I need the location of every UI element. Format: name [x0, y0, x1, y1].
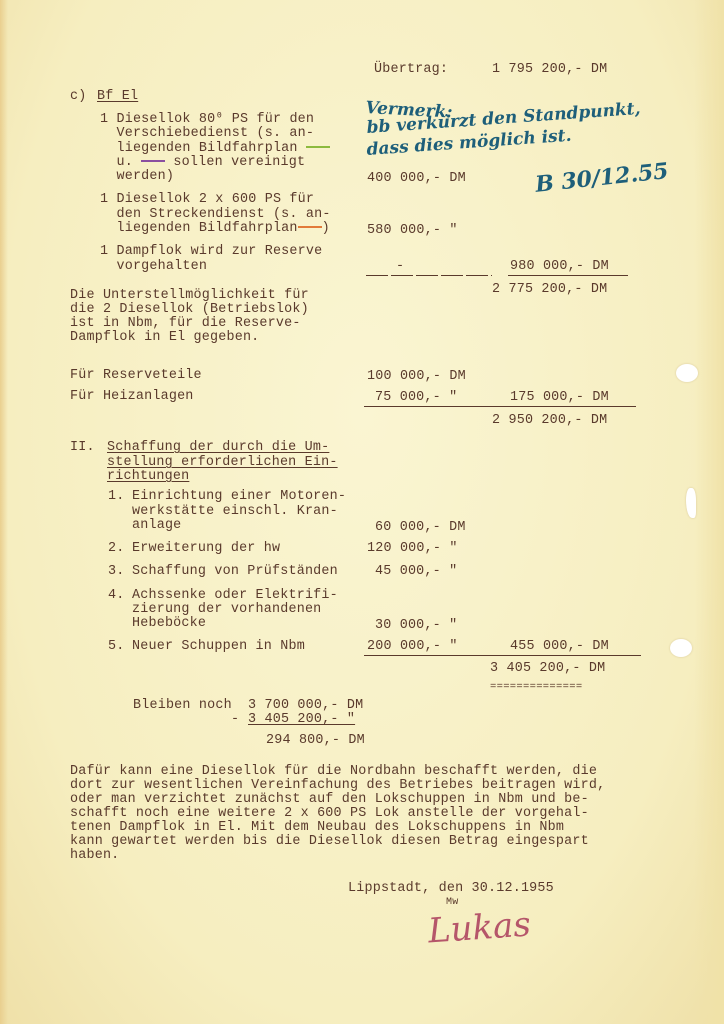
extras-row-1-amount: 100 000,- DM — [367, 370, 466, 384]
orange-line-marker — [298, 226, 322, 228]
item-ii5-amount: 200 000,- " — [367, 640, 458, 654]
item-ii2-amount: 120 000,- " — [367, 542, 458, 556]
section-ii-title-line-3: richtungen — [107, 470, 189, 484]
item-c3-line-2: vorgehalten — [100, 260, 207, 274]
item-c1-line-3: liegenden Bildfahrplan — [100, 142, 330, 156]
item-ii4-line-3: Hebeböcke — [132, 617, 206, 631]
item-c1-amount: 400 000,- DM — [367, 172, 466, 186]
item-ii3-line-1: Schaffung von Prüfständen — [132, 565, 338, 579]
remaining-label: Bleiben noch — [133, 699, 232, 713]
closing-line-7: haben. — [70, 849, 119, 863]
punch-hole-bottom — [670, 639, 692, 657]
item-ii5-num: 5. — [108, 640, 124, 654]
item-ii3-num: 3. — [108, 565, 124, 579]
handwritten-initials-date: B 30/12.55 — [534, 158, 670, 198]
place-date: Lippstadt, den 30.12.1955 — [348, 882, 554, 896]
section-ii-title-line-1: Schaffung der durch die Um- — [107, 441, 329, 455]
item-ii1-line-2: werkstätte einschl. Kran- — [132, 505, 338, 519]
closing-line-6: kann gewartet werden bis die Diesellok d… — [70, 835, 589, 849]
initials: Mw — [446, 896, 458, 910]
closing-line-1: Dafür kann eine Diesellok für die Nordba… — [70, 765, 597, 779]
extras-row-2-amount: 75 000,- " — [375, 391, 457, 405]
item-c3-amount: - — [396, 260, 404, 274]
item-c3-line-1: 1 Dampflok wird zur Reserve — [100, 245, 322, 259]
section-ii-rule — [364, 655, 641, 656]
section-c-station: Bf El — [97, 90, 138, 104]
remaining-minus-sign: - — [231, 713, 239, 727]
item-c2-amount: 580 000,- " — [367, 224, 458, 238]
shelter-note-line-1: Die Unterstellmöglichkeit für — [70, 289, 309, 303]
shelter-note-line-4: Dampflok in El gegeben. — [70, 331, 259, 345]
closing-line-3: oder man verzichtet zunächst auf den Lok… — [70, 793, 589, 807]
closing-line-5: tenen Dampflok in El. Mit dem Neubau des… — [70, 821, 564, 835]
punch-hole-top — [676, 364, 698, 382]
section-ii-numeral: II. — [70, 441, 95, 455]
item-ii2-num: 2. — [108, 542, 124, 556]
carryover-amount: 1 795 200,- DM — [492, 63, 607, 77]
item-ii1-line-1: Einrichtung einer Motoren- — [132, 490, 346, 504]
item-ii1-amount: 60 000,- DM — [375, 521, 466, 535]
item-c1-line-5: werden) — [100, 170, 174, 184]
closing-line-4: schafft noch eine weitere 2 x 600 PS Lok… — [70, 807, 589, 821]
item-ii4-num: 4. — [108, 589, 124, 603]
extras-row-1-label: Für Reserveteile — [70, 369, 202, 383]
item-ii4-line-2: zierung der vorhandenen — [132, 603, 321, 617]
item-ii4-amount: 30 000,- " — [375, 619, 457, 633]
section-c-running-total: 2 775 200,- DM — [492, 283, 607, 297]
shelter-note-line-3: ist in Nbm, für die Reserve- — [70, 317, 301, 331]
green-line-marker — [306, 146, 330, 148]
item-c2-line-2: den Streckendienst (s. an- — [100, 208, 331, 222]
item-c2-line-1: 1 Diesellok 2 x 600 PS für — [100, 193, 314, 207]
item-ii2-line-1: Erweiterung der hw — [132, 542, 280, 556]
grand-total-double-rule: ============== — [490, 680, 582, 694]
item-ii5-line-1: Neuer Schuppen in Nbm — [132, 640, 305, 654]
section-c-subtotal: 980 000,- DM — [510, 260, 609, 274]
extras-subtotal: 175 000,- DM — [510, 391, 609, 405]
item-ii3-amount: 45 000,- " — [375, 565, 457, 579]
item-ii1-line-3: anlage — [132, 519, 181, 533]
remaining-minus-amount: 3 405 200,- " — [248, 713, 355, 727]
item-c1-line-1: 1 Diesellok 80⁰ PS für den — [100, 113, 314, 127]
shelter-note-line-2: die 2 Diesellok (Betriebslok) — [70, 303, 309, 317]
item-c1-line-2: Verschiebedienst (s. an- — [100, 127, 314, 141]
section-c-subtotal-rule — [508, 275, 628, 276]
extras-rule — [364, 406, 636, 407]
extras-row-2-label: Für Heizanlagen — [70, 390, 194, 404]
item-ii4-line-1: Achssenke oder Elektrifi- — [132, 589, 338, 603]
punch-tear-middle — [686, 488, 696, 518]
extras-running-total: 2 950 200,- DM — [492, 414, 607, 428]
remaining-budget: 3 700 000,- DM — [248, 699, 363, 713]
purple-line-marker — [141, 160, 165, 162]
remaining-result: 294 800,- DM — [266, 734, 365, 748]
item-ii1-num: 1. — [108, 490, 124, 504]
item-c1-line-4: u. sollen vereinigt — [100, 156, 305, 170]
closing-line-2: dort zur wesentlichen Vereinfachung des … — [70, 779, 605, 793]
section-ii-subtotal: 455 000,- DM — [510, 640, 609, 654]
signature: Lukas — [427, 904, 532, 951]
item-c2-line-3: liegenden Bildfahrplan) — [100, 222, 330, 236]
section-c-label: c) — [70, 90, 86, 104]
section-c-rule — [366, 275, 492, 276]
section-ii-grand-total: 3 405 200,- DM — [490, 662, 605, 676]
carryover-label: Übertrag: — [374, 63, 448, 77]
paper-edge-right — [694, 0, 724, 1024]
paper-edge-left — [0, 0, 8, 1024]
section-ii-title-line-2: stellung erforderlichen Ein- — [107, 456, 338, 470]
